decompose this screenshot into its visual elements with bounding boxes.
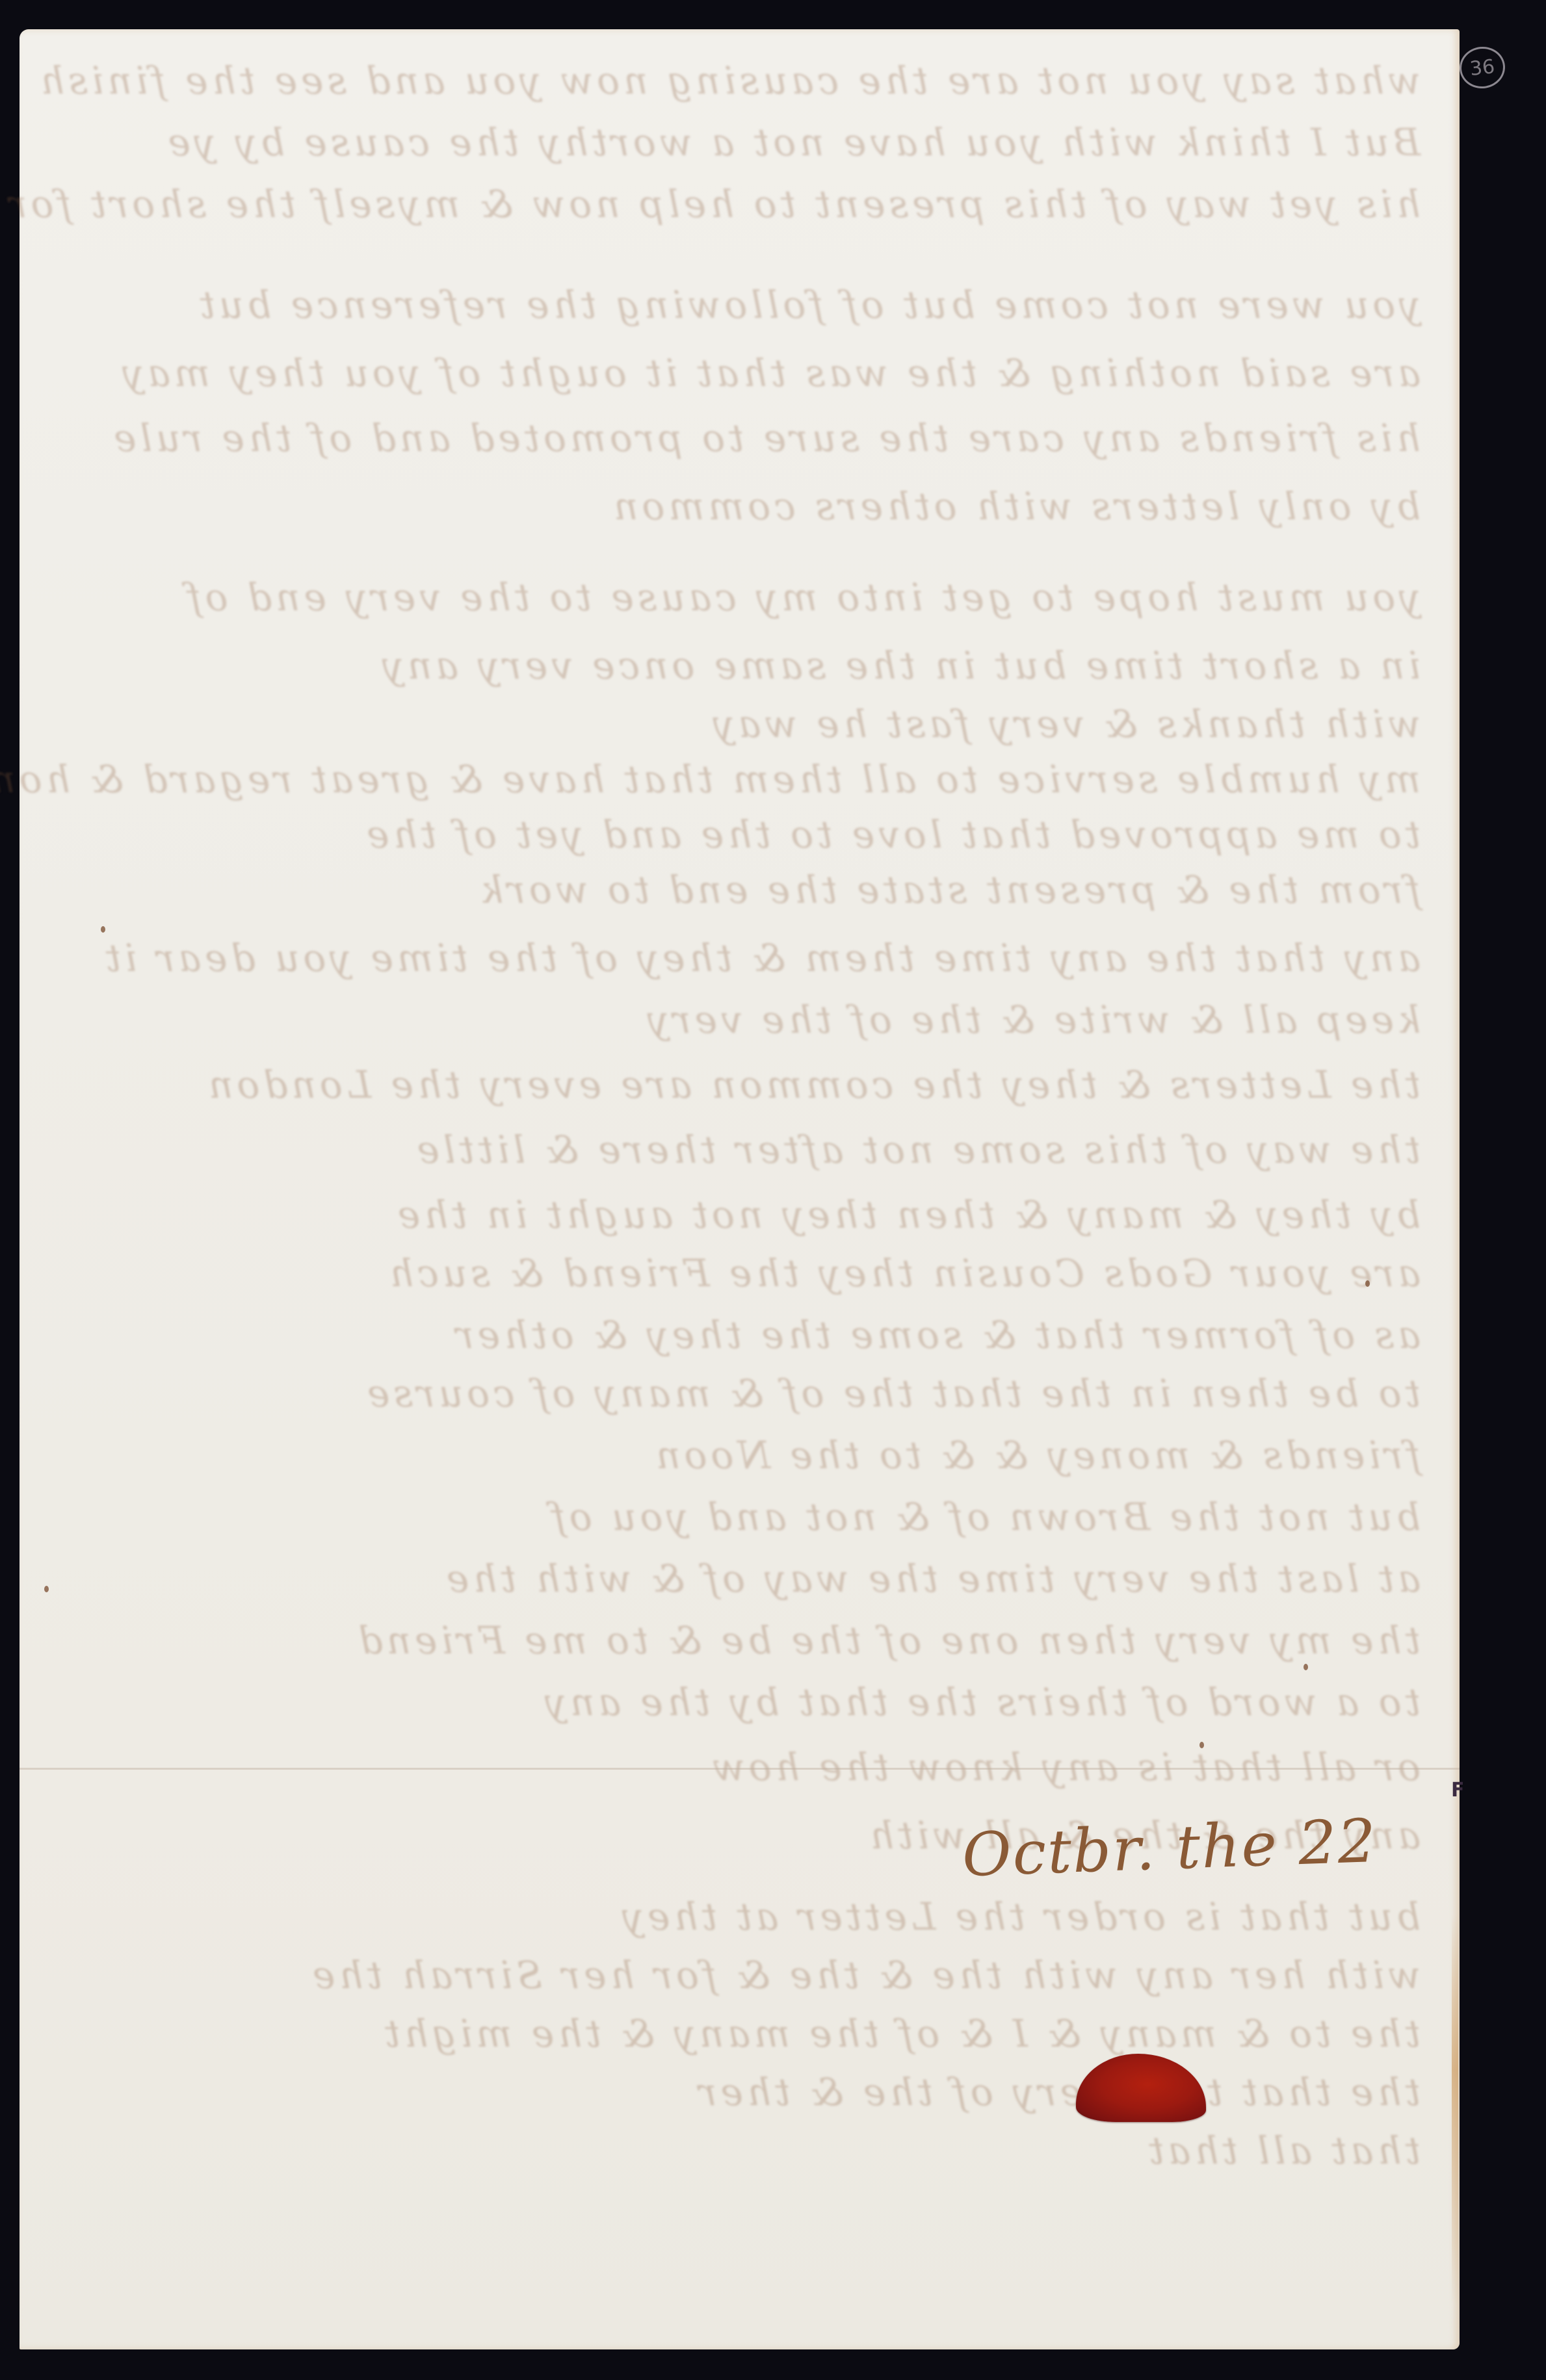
bleed-through-line: his friends any care the sure to promote… [20,416,1460,460]
bleed-through-line: with thanks & very fast he way [20,702,1460,746]
bleed-through-line: my humble service to all them that have … [20,757,1460,801]
bleed-through-line: but not the Brown of & not and you of [20,1495,1460,1539]
ink-spot [44,1586,49,1592]
bleed-through-line: the my very then one of the be & to me F… [20,1618,1460,1662]
bleed-through-line: to be then in the that the of & many of … [20,1371,1460,1416]
bleed-through-line: the Letters & they the common are every … [20,1063,1460,1107]
bleed-through-line: by only letters with others common [20,484,1460,528]
endorsement-date: Octbr. the 22 [961,1806,1378,1890]
bleed-through-line: at last the very time the way of & with … [20,1557,1460,1601]
bleed-through-line: or all that is any know the how [20,1745,1460,1789]
bleed-through-line: keep all & write & the of the very [20,998,1460,1042]
bleed-through-line: the way of this some not after there & l… [20,1128,1460,1172]
fold-crease [20,1768,1460,1770]
bleed-through-line: by they & many & then they not aught in … [20,1193,1460,1237]
bleed-through-line: are said nothing & the was that it ought… [20,351,1460,395]
manuscript-page: what say you not are the causing now you… [20,29,1460,2349]
bleed-through-line: with her any with the & the & for her Si… [20,1953,1460,1997]
bleed-through-line: the to & many & I & of the many & the mi… [20,2011,1460,2056]
bleed-through-line: to me approved that love to the and yet … [20,812,1460,857]
bleed-through-line: But I think with you have not a worthy t… [20,120,1460,164]
bleed-through-line: his yet way of this present to help now … [20,182,1460,226]
bleed-through-line: are your Gods Cousin they the Friend & s… [20,1251,1460,1295]
bleed-through-line: as of former that & some the they & othe… [20,1313,1460,1357]
margin-mark: F [1451,1779,1465,1802]
folio-number: 36 [1458,45,1507,91]
bleed-through-line: any that the any time them & they of the… [20,936,1460,980]
bleed-through-line: you were not come but of following the r… [20,283,1460,327]
bleed-through-line: from the & present state the end to work [20,868,1460,912]
bleed-through-line: friends & money & & to the Noon [20,1433,1460,1477]
ink-spot [1304,1664,1308,1670]
ink-spot [101,926,105,933]
bleed-through-line: the that to & very of the & ther [20,2070,1460,2114]
bleed-through-line: to a word of theirs the that by the any [20,1680,1460,1724]
bleed-through-line: but that is order the Letter at they [20,1895,1460,1939]
bleed-through-line: in a short time but in the same once ver… [20,643,1460,688]
ink-spot [1365,1280,1370,1287]
bleed-through-line: you must hope to get into my cause to th… [20,575,1460,619]
bleed-through-line: what say you not are the causing now you… [20,58,1460,103]
ink-spot [1199,1742,1204,1748]
bleed-through-line: that all that [20,2128,1460,2173]
